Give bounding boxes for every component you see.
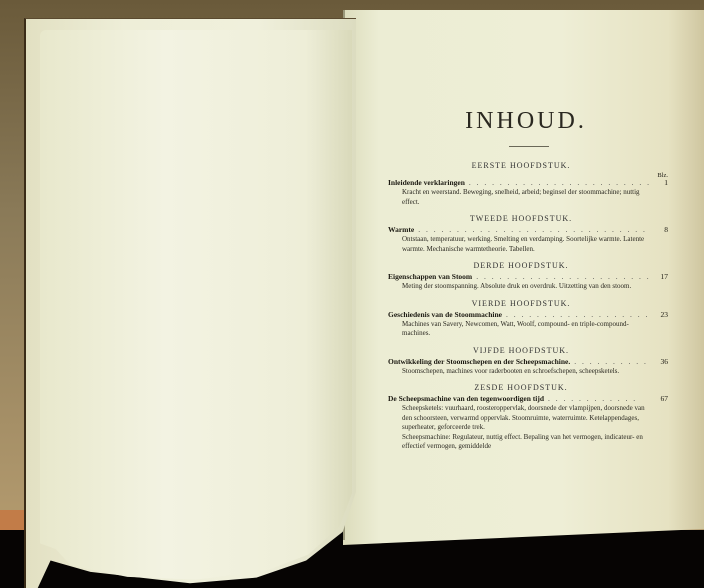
entry-description: Scheepsketels: vuurhaard, roosteroppervl… (388, 404, 654, 452)
chapter-5: VIJFDE HOOFDSTUK. Ontwikkeling der Stoom… (388, 346, 654, 377)
entry-title: Eigenschappen van Stoom (388, 272, 472, 282)
chapter-4: VIERDE HOOFDSTUK. Geschiedenis van de St… (388, 299, 654, 339)
chapter-heading: EERSTE HOOFDSTUK. (388, 161, 654, 172)
chapter-heading: DERDE HOOFDSTUK. (388, 261, 654, 272)
chapter-heading: ZESDE HOOFDSTUK. (388, 383, 654, 394)
entry-page: 23 (654, 310, 668, 320)
entry-description-part-1: Scheepsketels: vuurhaard, roosteroppervl… (402, 404, 654, 433)
leader-dots: . . . . . . . . . . . . . . . . . . . . … (418, 225, 650, 235)
leader-dots: . . . . . . . . . . . . (574, 357, 650, 367)
toc-entry[interactable]: Inleidende verklaringen . . . . . . . . … (388, 178, 654, 188)
chapter-3: DERDE HOOFDSTUK. Eigenschappen van Stoom… (388, 261, 654, 292)
chapter-heading: TWEEDE HOOFDSTUK. (388, 214, 654, 225)
leader-dots: . . . . . . . . . . . . . . . . . . . . … (506, 310, 650, 320)
toc-entry[interactable]: Ontwikkeling der Stoomschepen en der Sch… (388, 357, 654, 367)
entry-description: Stoomschepen, machines voor raderbooten … (388, 367, 654, 377)
entry-description: Meting der stoomspanning. Absolute druk … (388, 282, 654, 292)
leader-dots: . . . . . . . . . . . . . . . . . . . . … (469, 178, 650, 188)
chapter-2: TWEEDE HOOFDSTUK. Warmte . . . . . . . .… (388, 214, 654, 254)
entry-page: 8 (654, 225, 668, 235)
toc-entry[interactable]: Eigenschappen van Stoom . . . . . . . . … (388, 272, 654, 282)
page-title: INHOUD. (398, 108, 654, 138)
left-page-curled (40, 30, 352, 588)
chapter-heading: VIJFDE HOOFDSTUK. (388, 346, 654, 357)
entry-title: Ontwikkeling der Stoomschepen en der Sch… (388, 357, 570, 367)
entry-page: 36 (654, 357, 668, 367)
entry-description-part-2: Scheepsmachine: Regulateur, nuttig effec… (402, 433, 654, 452)
title-rule (509, 146, 549, 147)
entry-title: De Scheepsmachine van den tegenwoordigen… (388, 394, 544, 404)
entry-page: 1 (654, 178, 668, 188)
chapter-heading: VIERDE HOOFDSTUK. (388, 299, 654, 310)
chapter-6: ZESDE HOOFDSTUK. De Scheepsmachine van d… (388, 383, 654, 452)
entry-description: Ontstaan, temperatuur, werking. Smelting… (388, 235, 654, 254)
chapter-1: EERSTE HOOFDSTUK. Blz. Inleidende verkla… (388, 161, 654, 207)
entry-title: Inleidende verklaringen (388, 178, 465, 188)
toc-entry[interactable]: Geschiedenis van de Stoommachine . . . .… (388, 310, 654, 320)
entry-title: Warmte (388, 225, 414, 235)
leader-dots: . . . . . . . . . . . . (548, 394, 650, 404)
entry-description: Kracht en weerstand. Beweging, snelheid,… (388, 188, 654, 207)
toc-entry[interactable]: Warmte . . . . . . . . . . . . . . . . .… (388, 225, 654, 235)
table-of-contents: INHOUD. EERSTE HOOFDSTUK. Blz. Inleidend… (388, 108, 654, 459)
entry-description: Machines van Savery, Newcomen, Watt, Woo… (388, 320, 654, 339)
entry-title: Geschiedenis van de Stoommachine (388, 310, 502, 320)
entry-page: 17 (654, 272, 668, 282)
leader-dots: . . . . . . . . . . . . . . . . . . . . … (476, 272, 650, 282)
entry-page: 67 (654, 394, 668, 404)
toc-entry[interactable]: De Scheepsmachine van den tegenwoordigen… (388, 394, 654, 404)
